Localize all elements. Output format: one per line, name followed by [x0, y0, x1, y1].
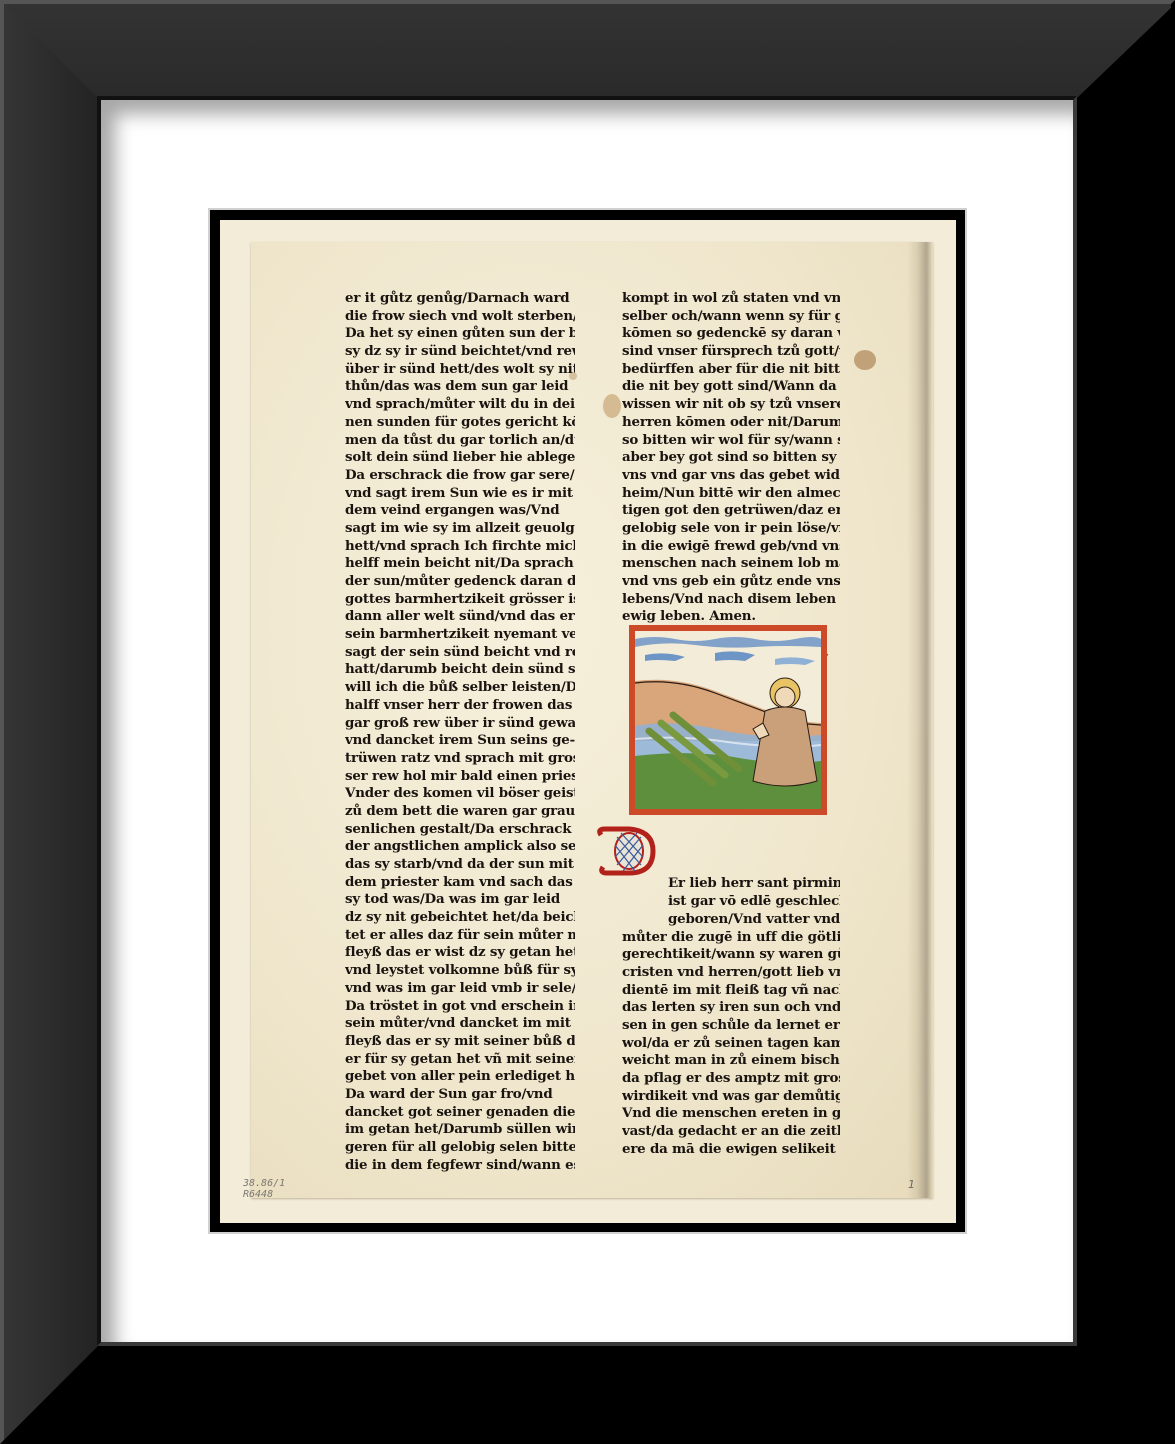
text-line: er für sy getan het vñ mit seinem: [345, 1051, 575, 1069]
text-line: hatt/darumb beicht dein sünd so: [345, 661, 575, 679]
frame-top-rail: [4, 4, 1171, 98]
text-line: cristen vnd herren/gott lieb vnd: [622, 964, 840, 982]
text-line: vnd sagt irem Sun wie es ir mit: [345, 485, 575, 503]
text-line: die nit bey gott sind/Wann da: [622, 378, 840, 396]
text-line: vns vnd gar vns das gebet wid: [622, 467, 840, 485]
text-line: im getan het/Darumb süllen wir: [345, 1121, 575, 1139]
text-line: so bitten wir wol für sy/wann sy: [622, 432, 840, 450]
text-line: kompt in wol zů staten vnd vns: [622, 290, 840, 308]
text-line: sy tod was/Da was im gar leid: [345, 891, 575, 909]
accession-line-2: R6448: [243, 1189, 285, 1200]
text-line: gelobig sele von ir pein löse/vnd: [622, 520, 840, 538]
text-line: vnd sprach/můter wilt du in dei-: [345, 396, 575, 414]
text-line: vast/da gedacht er an die zeitlichē: [622, 1123, 840, 1141]
text-line: men da tůst du gar torlich an/du: [345, 432, 575, 450]
text-line: in die ewigē frewd geb/vnd vns: [622, 538, 840, 556]
text-line: gerechtikeit/wann sy waren gůt: [622, 946, 840, 964]
text-line: gar groß rew über ir sünd gewan: [345, 715, 575, 733]
text-line: sy dz sy ir sünd beichtet/vnd rew: [345, 343, 575, 361]
text-line: weicht man in zů einem bischoff/: [622, 1052, 840, 1070]
text-line: heim/Nun bittē wir den almech-: [622, 485, 840, 503]
text-line: lebens/Vnd nach disem leben dz: [622, 591, 840, 609]
text-line: zů dem bett die waren gar grau-: [345, 803, 575, 821]
text-line: Er lieb herr sant pirminius: [622, 875, 840, 893]
text-line: thůn/das was dem sun gar leid: [345, 378, 575, 396]
text-line: sagt der sein sünd beicht vnd rew: [345, 644, 575, 662]
text-line: dem priester kam vnd sach das: [345, 874, 575, 892]
text-line: kōmen so gedenckē sy daran vnd: [622, 325, 840, 343]
saint-pirminius-woodcut-icon: [635, 631, 821, 809]
text-line: Vnder des komen vil böser geist: [345, 785, 575, 803]
text-line: ist gar vō edlē geschlecht: [622, 893, 840, 911]
text-line: wirdikeit vnd was gar demůtig: [622, 1088, 840, 1106]
text-line: gottes barmhertzikeit grösser ist: [345, 591, 575, 609]
text-line: nen sunden für gotes gericht kō-: [345, 414, 575, 432]
text-line: geren für all gelobig selen bitten: [345, 1139, 575, 1157]
frame-right-rail: [1077, 4, 1175, 1444]
text-line: bedürffen aber für die nit bitten: [622, 361, 840, 379]
illuminated-initial: [597, 825, 657, 877]
text-line: herren kōmen oder nit/Darumb: [622, 414, 840, 432]
text-line: der angstlichen amplick also sere: [345, 838, 575, 856]
text-line: ere da mā die ewigen selikeit mit: [622, 1141, 840, 1159]
text-line: dem veind ergangen was/Vnd: [345, 502, 575, 520]
edge-stain: [907, 242, 933, 1198]
text-line: Da ward der Sun gar fro/vnd: [345, 1086, 575, 1104]
text-line: der sun/můter gedenck daran daz: [345, 573, 575, 591]
text-line: solt dein sünd lieber hie ablegen/: [345, 449, 575, 467]
text-line: vnd dancket irem Sun seins ge-: [345, 732, 575, 750]
text-line: tigen got den getrüwen/daz er all: [622, 502, 840, 520]
text-line: wol/da er zů seinen tagen kam da: [622, 1035, 840, 1053]
text-line: hett/vnd sprach Ich firchte mich: [345, 538, 575, 556]
foxing-stain: [603, 394, 621, 418]
text-line: vnd vns geb ein gůtz ende vnsers: [622, 573, 840, 591]
text-line: will ich die bůß selber leisten/Da: [345, 679, 575, 697]
text-line: ewig leben. Amen.: [622, 608, 840, 626]
text-line: das sy starb/vnd da der sun mit: [345, 856, 575, 874]
text-line: selber och/wann wenn sy für got: [622, 308, 840, 326]
text-line: geboren/Vnd vatter vnd: [622, 911, 840, 929]
left-text-column: er it gůtz genůg/Darnach warddie frow si…: [345, 290, 575, 1174]
foxing-stain: [854, 350, 876, 370]
text-line: sagt im wie sy im allzeit geuolget: [345, 520, 575, 538]
woodcut-illustration: [629, 625, 827, 815]
text-line: sen in gen schůle da lernet er gar: [622, 1017, 840, 1035]
text-line: vnd leystet volkomne bůß für sy: [345, 962, 575, 980]
text-line: da pflag er des amptz mit grosser: [622, 1070, 840, 1088]
text-line: trüwen ratz vnd sprach mit gros-: [345, 750, 575, 768]
text-line: vnd was im gar leid vmb ir sele/: [345, 980, 575, 998]
text-line: můter die zugē in uff die götlich: [622, 929, 840, 947]
text-line: über ir sünd hett/des wolt sy nit: [345, 361, 575, 379]
text-line: dann aller welt sünd/vnd das er: [345, 608, 575, 626]
frame-left-rail: [4, 4, 98, 1440]
text-line: wissen wir nit ob sy tzů vnserem: [622, 396, 840, 414]
text-line: die in dem fegfewr sind/wann es: [345, 1157, 575, 1175]
text-line: sein barmhertzikeit nyemant ver-: [345, 626, 575, 644]
text-line: Da het sy einen gůten sun der bat: [345, 325, 575, 343]
text-line: sind vnser fürsprech tzů gott/wir: [622, 343, 840, 361]
decorated-letter-d-icon: [597, 825, 657, 877]
text-line: aber bey got sind so bitten sy für: [622, 449, 840, 467]
accession-line-1: 38.86/1: [243, 1178, 285, 1189]
text-line: ser rew hol mir bald einen priester: [345, 768, 575, 786]
text-line: das lerten sy iren sun och vnd lies: [622, 999, 840, 1017]
text-line: er it gůtz genůg/Darnach ward: [345, 290, 575, 308]
text-line: fleyß das er wist dz sy getan het/: [345, 944, 575, 962]
text-line: senlichen gestalt/Da erschrack sy: [345, 821, 575, 839]
page-number: 1: [908, 1178, 915, 1191]
text-line: die frow siech vnd wolt sterben/: [345, 308, 575, 326]
text-line: gebet von aller pein erlediget het: [345, 1068, 575, 1086]
text-line: dancket got seiner genaden die er: [345, 1104, 575, 1122]
text-line: tet er alles daz für sein můter mit: [345, 927, 575, 945]
text-line: halff vnser herr der frowen das sy: [345, 697, 575, 715]
text-line: dz sy nit gebeichtet het/da beich-: [345, 909, 575, 927]
text-line: Da tröstet in got vnd erschein im: [345, 998, 575, 1016]
text-line: helff mein beicht nit/Da sprach: [345, 555, 575, 573]
text-line: fleyß das er sy mit seiner bůß die: [345, 1033, 575, 1051]
text-line: sein můter/vnd dancket im mit: [345, 1015, 575, 1033]
text-line: menschen nach seinem lob mach/: [622, 555, 840, 573]
text-line: dientē im mit fleiß tag vñ nacht: [622, 982, 840, 1000]
frame-bottom-rail: [4, 1346, 1175, 1444]
accession-number: 38.86/1 R6448: [243, 1178, 285, 1200]
text-line: Da erschrack die frow gar sere/: [345, 467, 575, 485]
text-line: Vnd die menschen ereten in gar: [622, 1105, 840, 1123]
